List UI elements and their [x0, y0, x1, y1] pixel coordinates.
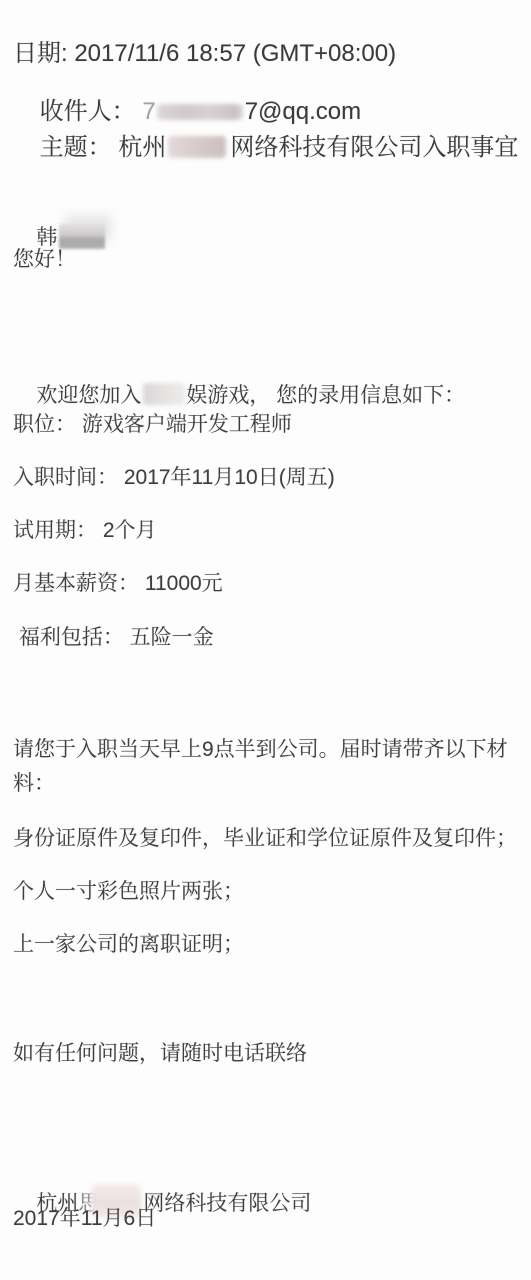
benefits-line: 福利包括： 五险一金: [13, 626, 214, 650]
arrival-line-1: 请您于入职当天早上9点半到公司。届时请带齐以下材: [13, 738, 508, 762]
subject-line: 主题： 杭州网络科技有限公司入职事宜: [13, 109, 518, 184]
redaction-patch-name: [59, 224, 105, 249]
salary-line: 月基本薪资： 11000元: [13, 572, 223, 596]
company-suffix: 网络科技有限公司: [143, 1192, 311, 1215]
position-line: 职位： 游戏客户端开发工程师: [13, 413, 292, 437]
start-date-line: 入职时间： 2017年11月10日(周五): [13, 466, 335, 490]
greeting-surname: 韩: [36, 226, 57, 249]
welcome-suffix: 娱游戏， 您的录用信息如下：: [186, 384, 465, 407]
material-item-2: 个人一寸彩色照片两张；: [13, 880, 244, 904]
welcome-prefix: 欢迎您加入: [36, 384, 141, 407]
signature-date-line: 2017年11月6日: [13, 1207, 156, 1231]
probation-line: 试用期： 2个月: [13, 519, 157, 543]
material-item-3: 上一家公司的离职证明；: [13, 933, 244, 957]
subject-prefix: 杭州: [118, 134, 166, 161]
redaction-patch-company-short-name: [143, 383, 185, 405]
salutation-line: 您好！: [13, 248, 76, 272]
date-line: 日期: 2017/11/6 18:57 (GMT+08:00): [13, 42, 396, 66]
contact-note-line: 如有任何问题，请随时电话联络: [13, 1042, 307, 1066]
material-item-1: 身份证原件及复印件，毕业证和学位证原件及复印件；: [13, 827, 517, 851]
subject-suffix: 网络科技有限公司入职事宜: [230, 134, 518, 161]
arrival-line-2: 料：: [13, 772, 55, 796]
redaction-patch-subject: [168, 136, 226, 158]
subject-label: 主题：: [40, 134, 119, 161]
email-message-view: 日期: 2017/11/6 18:57 (GMT+08:00) 收件人： 77@…: [0, 0, 531, 1280]
